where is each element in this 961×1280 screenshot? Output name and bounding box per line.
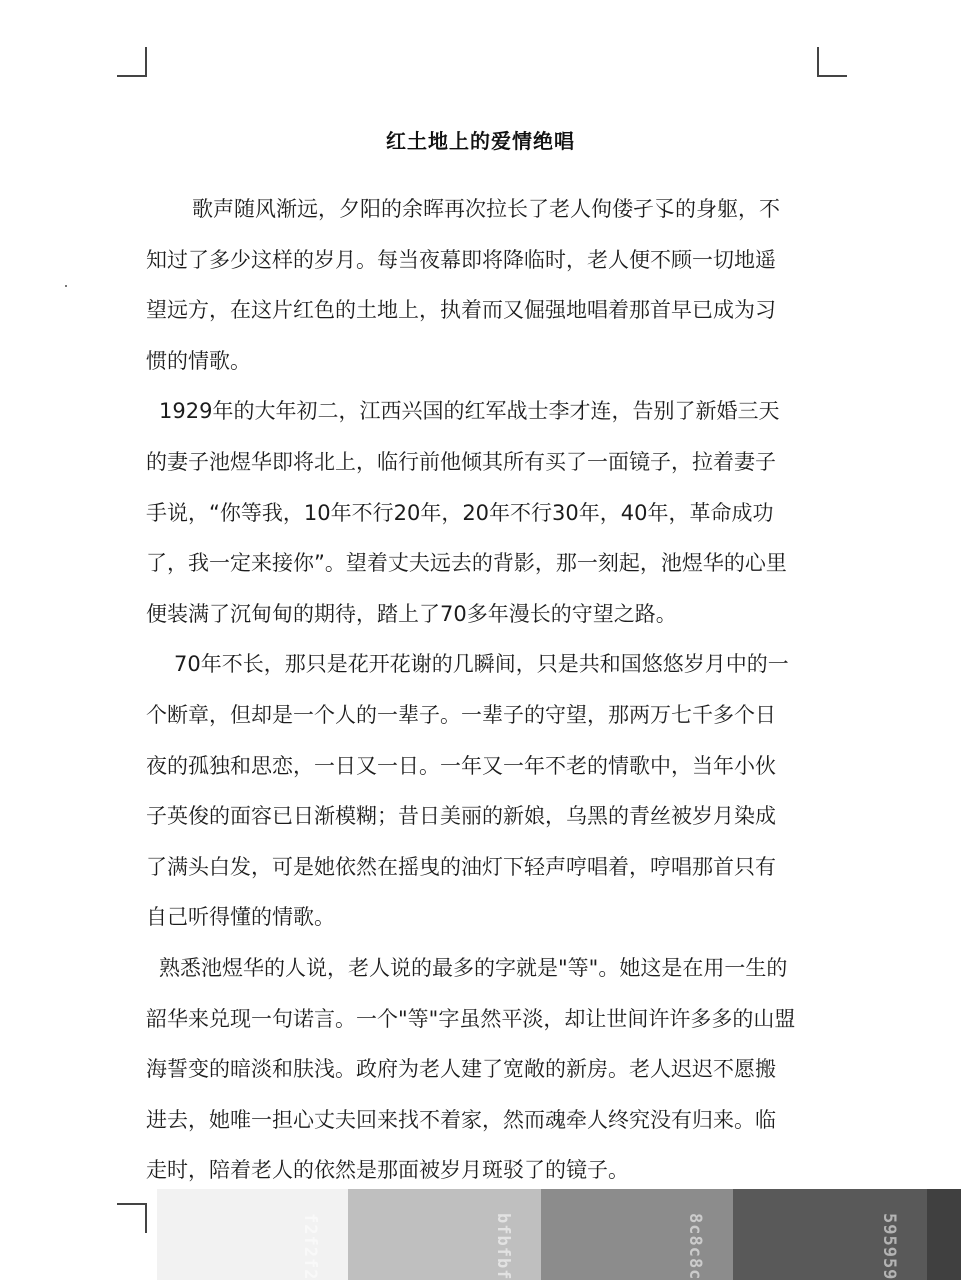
swatch-hex-label: bfbfbf bbox=[493, 1213, 513, 1280]
text-line: 子英俊的面容已日渐模糊；昔日美丽的新娘，乌黑的青丝被岁月染成 bbox=[146, 791, 821, 842]
text-line: 了，我一定来接你”。望着丈夫远去的背影，那一刻起，池煜华的心里 bbox=[146, 538, 821, 589]
text-line: 1929年的大年初二，江西兴国的红军战士李才连，告别了新婚三天 bbox=[146, 386, 821, 437]
stray-mark bbox=[65, 285, 67, 287]
swatch-hex-label: f2f2f2 bbox=[300, 1213, 320, 1280]
color-swatch-strip: f2f2f2bfbfbf8c8c8c595959 bbox=[157, 1189, 961, 1280]
crop-mark-top-right bbox=[817, 47, 847, 77]
document-body: 歌声随风渐远，夕阳的余晖再次拉长了老人佝偻孑孓的身躯，不知过了多少这样的岁月。每… bbox=[146, 184, 821, 1196]
swatch-hex-label: 8c8c8c bbox=[685, 1213, 705, 1280]
text-line: 手说，“你等我，10年不行20年，20年不行30年，40年，革命成功 bbox=[146, 488, 821, 539]
swatch-hex-label: 595959 bbox=[879, 1213, 899, 1280]
color-swatch bbox=[927, 1189, 961, 1280]
crop-mark-bottom-left bbox=[117, 1203, 147, 1233]
text-line: 惯的情歌。 bbox=[146, 336, 821, 387]
text-line: 70年不长，那只是花开花谢的几瞬间，只是共和国悠悠岁月中的一 bbox=[146, 639, 821, 690]
paragraph: 熟悉池煜华的人说，老人说的最多的字就是"等"。她这是在用一生的韶华来兑现一句诺言… bbox=[146, 943, 821, 1196]
color-swatch: 8c8c8c bbox=[541, 1189, 733, 1280]
crop-mark-top-left bbox=[117, 47, 147, 77]
paragraph: 1929年的大年初二，江西兴国的红军战士李才连，告别了新婚三天的妻子池煜华即将北… bbox=[146, 386, 821, 639]
text-line: 进去，她唯一担心丈夫回来找不着家，然而魂牵人终究没有归来。临 bbox=[146, 1095, 821, 1146]
color-swatch: f2f2f2 bbox=[157, 1189, 348, 1280]
document-title: 红土地上的爱情绝唱 bbox=[0, 125, 961, 154]
paragraph: 歌声随风渐远，夕阳的余晖再次拉长了老人佝偻孑孓的身躯，不知过了多少这样的岁月。每… bbox=[146, 184, 821, 386]
color-swatch: bfbfbf bbox=[348, 1189, 541, 1280]
text-line: 自己听得懂的情歌。 bbox=[146, 892, 821, 943]
text-line: 个断章，但却是一个人的一辈子。一辈子的守望，那两万七千多个日 bbox=[146, 690, 821, 741]
text-line: 了满头白发，可是她依然在摇曳的油灯下轻声哼唱着，哼唱那首只有 bbox=[146, 842, 821, 893]
text-line: 的妻子池煜华即将北上，临行前他倾其所有买了一面镜子，拉着妻子 bbox=[146, 437, 821, 488]
text-line: 望远方，在这片红色的土地上，执着而又倔强地唱着那首早已成为习 bbox=[146, 285, 821, 336]
text-line: 歌声随风渐远，夕阳的余晖再次拉长了老人佝偻孑孓的身躯，不 bbox=[146, 184, 821, 235]
text-line: 知过了多少这样的岁月。每当夜幕即将降临时，老人便不顾一切地遥 bbox=[146, 235, 821, 286]
text-line: 夜的孤独和思恋，一日又一日。一年又一年不老的情歌中，当年小伙 bbox=[146, 741, 821, 792]
text-line: 韶华来兑现一句诺言。一个"等"字虽然平淡，却让世间许许多多的山盟 bbox=[146, 994, 821, 1045]
text-line: 便装满了沉甸甸的期待，踏上了70多年漫长的守望之路。 bbox=[146, 589, 821, 640]
text-line: 熟悉池煜华的人说，老人说的最多的字就是"等"。她这是在用一生的 bbox=[146, 943, 821, 994]
text-line: 海誓变的暗淡和肤浅。政府为老人建了宽敞的新房。老人迟迟不愿搬 bbox=[146, 1044, 821, 1095]
color-swatch: 595959 bbox=[733, 1189, 927, 1280]
paragraph: 70年不长，那只是花开花谢的几瞬间，只是共和国悠悠岁月中的一个断章，但却是一个人… bbox=[146, 639, 821, 943]
